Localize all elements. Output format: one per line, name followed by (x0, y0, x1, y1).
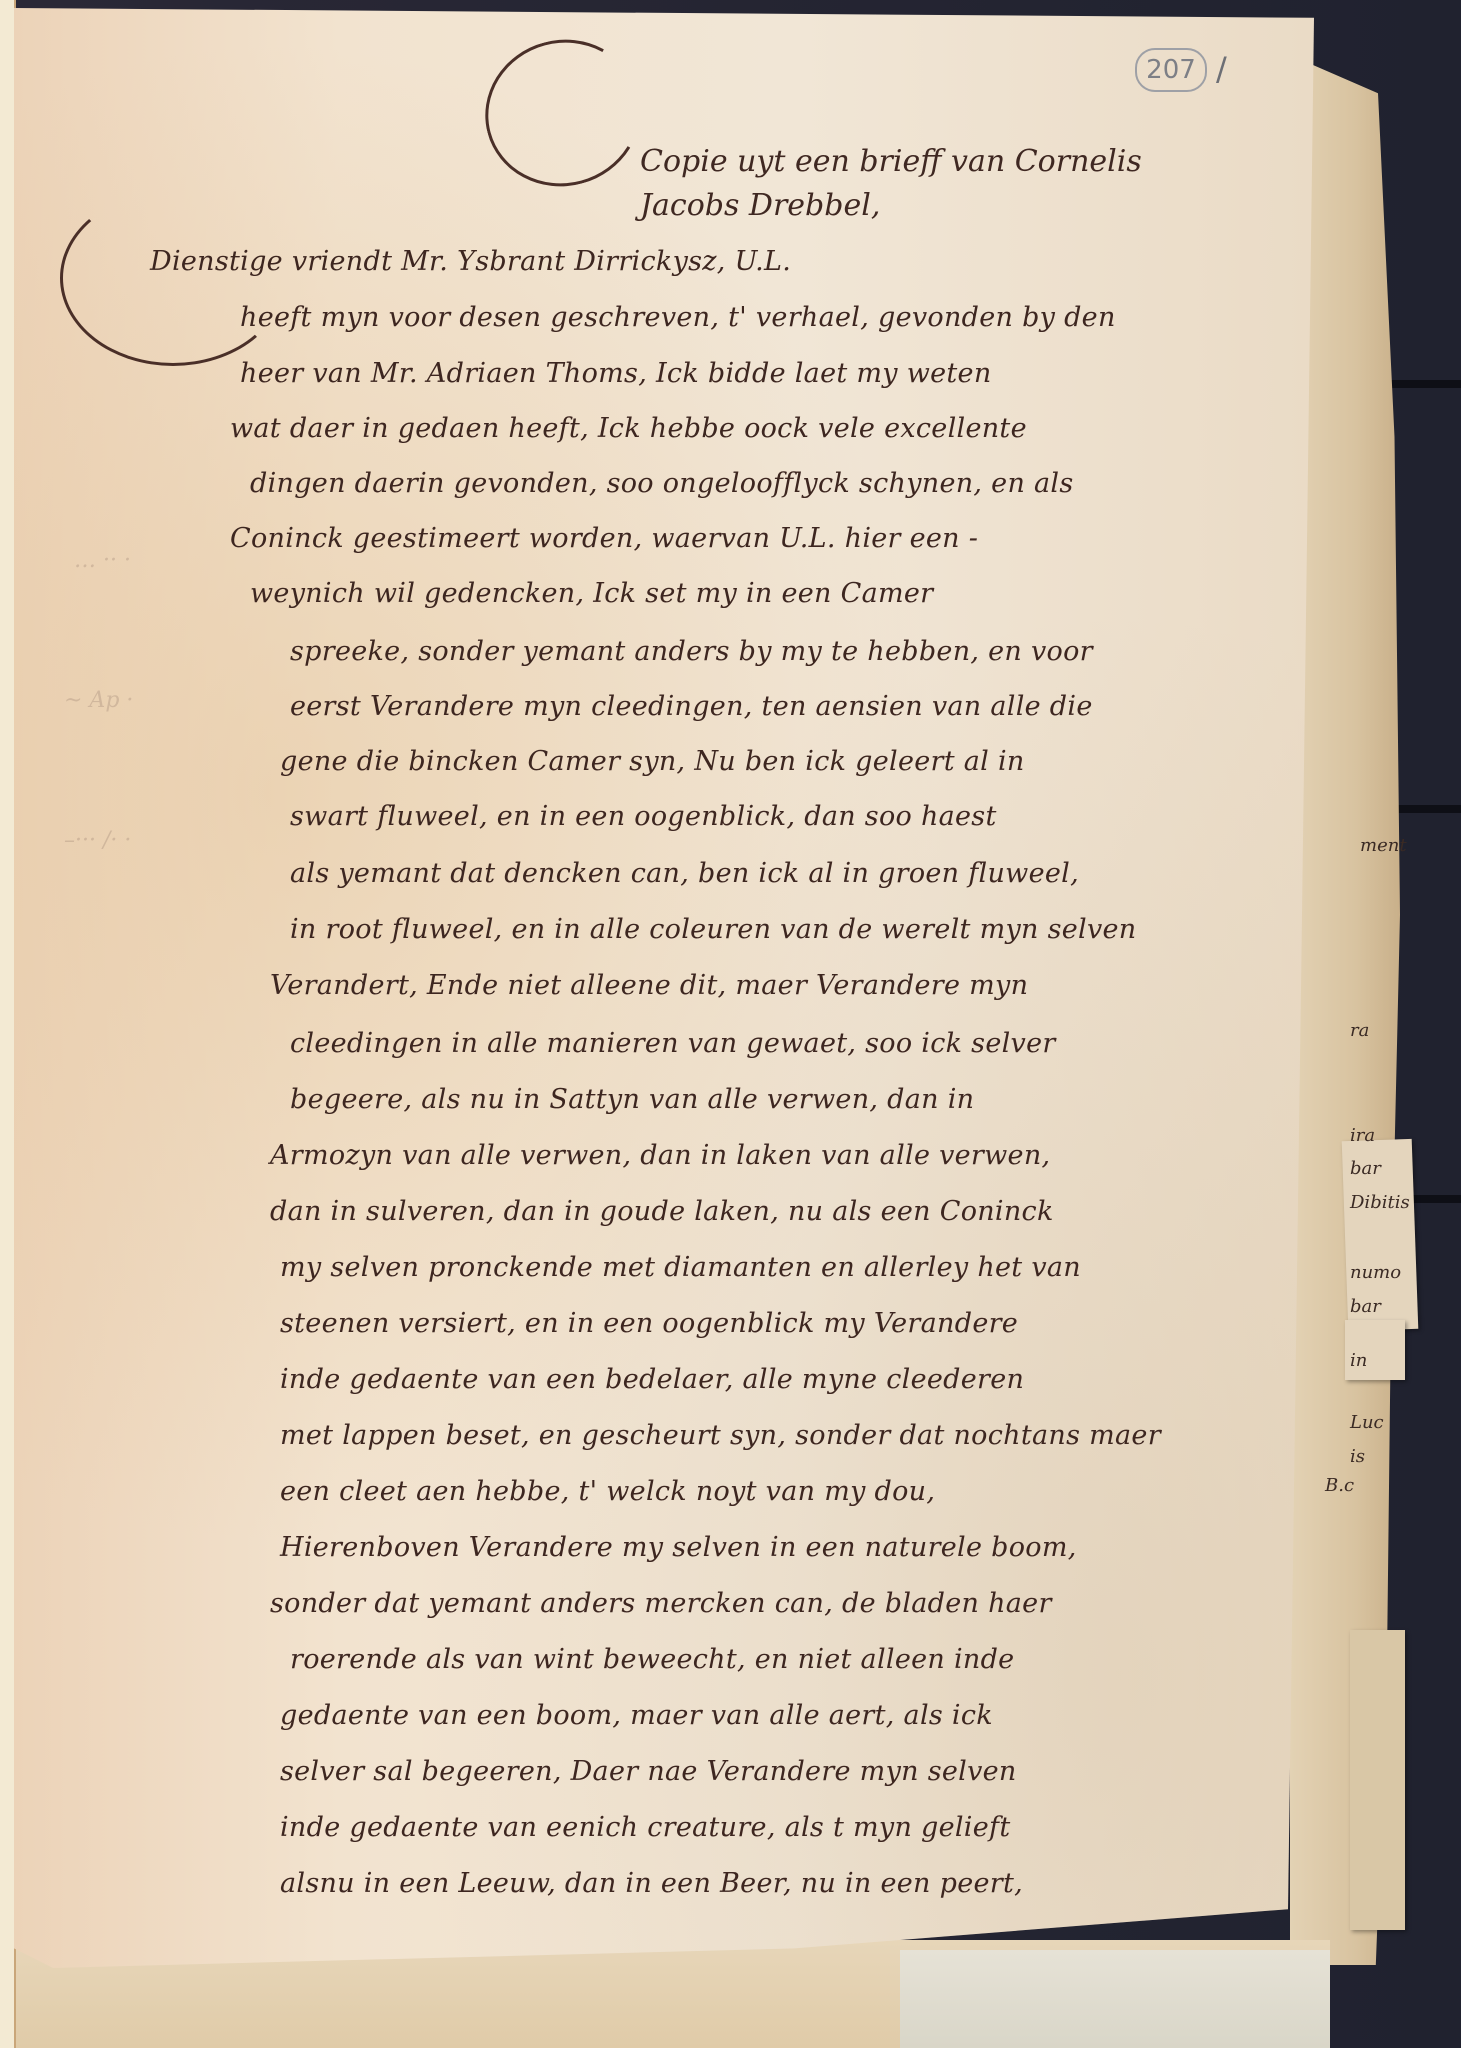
margin-fragment: bar (1350, 1158, 1381, 1179)
text-line: swart fluweel, en in een oogenblick, dan… (290, 801, 997, 832)
text-line: heeft myn voor desen geschreven, t' verh… (240, 302, 1116, 333)
document-heading: Copie uyt een brieff van Cornelis Jacobs… (640, 140, 1240, 228)
text-line: dingen daerin gevonden, soo ongeloofflyc… (250, 468, 1074, 499)
binding-edge (0, 0, 16, 2048)
backdrop-bar (1380, 380, 1461, 388)
margin-fragment: is (1350, 1446, 1365, 1467)
margin-fragment: Luc (1350, 1412, 1384, 1433)
text-line: spreeke, sonder yemant anders by my te h… (290, 636, 1093, 667)
margin-fragment: ira (1350, 1125, 1375, 1146)
margin-fragment: bar (1350, 1296, 1381, 1317)
torn-leaf-fragment (1350, 1630, 1405, 1930)
text-line: roerende als van wint beweecht, en niet … (290, 1644, 1014, 1675)
text-line: dan in sulveren, dan in goude laken, nu … (270, 1196, 1054, 1227)
text-line: alsnu in een Leeuw, dan in een Beer, nu … (280, 1868, 1023, 1899)
text-line: Coninck geestimeert worden, waervan U.L.… (230, 523, 978, 554)
text-line: een cleet aen hebbe, t' welck noyt van m… (280, 1476, 935, 1507)
text-line: als yemant dat dencken can, ben ick al i… (290, 858, 1079, 889)
text-line: weynich wil gedencken, Ick set my in een… (250, 578, 933, 609)
text-line: Hierenboven Verandere my selven in een n… (280, 1532, 1077, 1563)
text-line: steenen versiert, en in een oogenblick m… (280, 1308, 1018, 1339)
text-line: Dienstige vriendt Mr. Ysbrant Dirrickysz… (150, 246, 791, 277)
margin-fragment: numo (1350, 1262, 1401, 1283)
text-line: inde gedaente van een bedelaer, alle myn… (280, 1364, 1024, 1395)
ink-bleed: –··· /· · (64, 828, 131, 853)
margin-fragment: ra (1350, 1020, 1369, 1041)
text-line: begeere, als nu in Sattyn van alle verwe… (290, 1084, 974, 1115)
text-line: cleedingen in alle manieren van gewaet, … (290, 1028, 1056, 1059)
text-line: met lappen beset, en gescheurt syn, sond… (280, 1420, 1161, 1451)
margin-fragment: B.c (1325, 1475, 1354, 1496)
margin-fragment: ment (1360, 835, 1407, 856)
text-line: in root fluweel, en in alle coleuren van… (290, 914, 1137, 945)
margin-fragment: in (1350, 1350, 1367, 1371)
text-line: eerst Verandere myn cleedingen, ten aens… (290, 691, 1093, 722)
text-line: sonder dat yemant anders mercken can, de… (270, 1588, 1052, 1619)
margin-fragment: Dibitis (1350, 1192, 1410, 1213)
heading-line: Copie uyt een brieff van Cornelis (640, 140, 1240, 184)
text-line: Armozyn van alle verwen, dan in laken va… (270, 1140, 1050, 1171)
text-line: gene die bincken Camer syn, Nu ben ick g… (280, 746, 1025, 777)
text-line: inde gedaente van eenich creature, als t… (280, 1812, 1010, 1843)
text-line: my selven pronckende met diamanten en al… (280, 1252, 1081, 1283)
text-line: selver sal begeeren, Daer nae Verandere … (280, 1756, 1017, 1787)
lower-sheet-right (900, 1950, 1330, 2048)
text-line: Verandert, Ende niet alleene dit, maer V… (270, 970, 1028, 1001)
heading-line: Jacobs Drebbel, (640, 184, 1240, 228)
decorated-initial-d (60, 190, 286, 366)
ink-bleed: ~ Ap · (64, 688, 133, 713)
text-line: heer van Mr. Adriaen Thoms, Ick bidde la… (240, 358, 992, 389)
folio-number-stamp: 207 (1135, 48, 1207, 92)
ink-bleed: … ·· · (74, 548, 131, 573)
text-line: gedaente van een boom, maer van alle aer… (280, 1700, 993, 1731)
text-line: wat daer in gedaen heeft, Ick hebbe oock… (230, 413, 1027, 444)
folio-mark: / (1216, 50, 1227, 88)
